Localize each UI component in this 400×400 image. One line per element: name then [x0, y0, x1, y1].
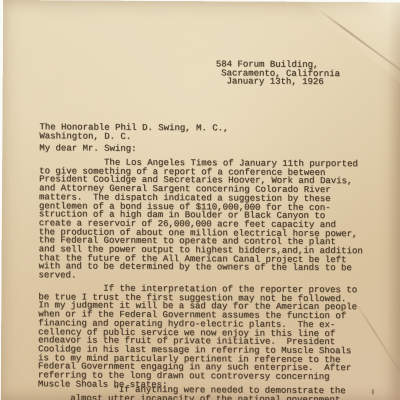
- letter-heading: 584 Forum Building, Sacramento, Californ…: [216, 60, 340, 87]
- letter-paragraph-2: If the interpretation of the reporter pr…: [38, 284, 357, 390]
- ink-speck: [372, 389, 374, 394]
- paper-edge-shading: [386, 2, 400, 400]
- letter-quote-excerpt: "If anything were needed to demonstrate …: [38, 385, 346, 400]
- letter-salutation: My dear Mr. Swing:: [39, 144, 136, 153]
- letter-paper: 584 Forum Building, Sacramento, Californ…: [1, 0, 400, 400]
- letter-paragraph-1: The Los Angeles Times of January 11th pu…: [39, 158, 364, 282]
- letter-recipient-address: The Honorable Phil D. Swing, M. C., Wash…: [39, 123, 228, 142]
